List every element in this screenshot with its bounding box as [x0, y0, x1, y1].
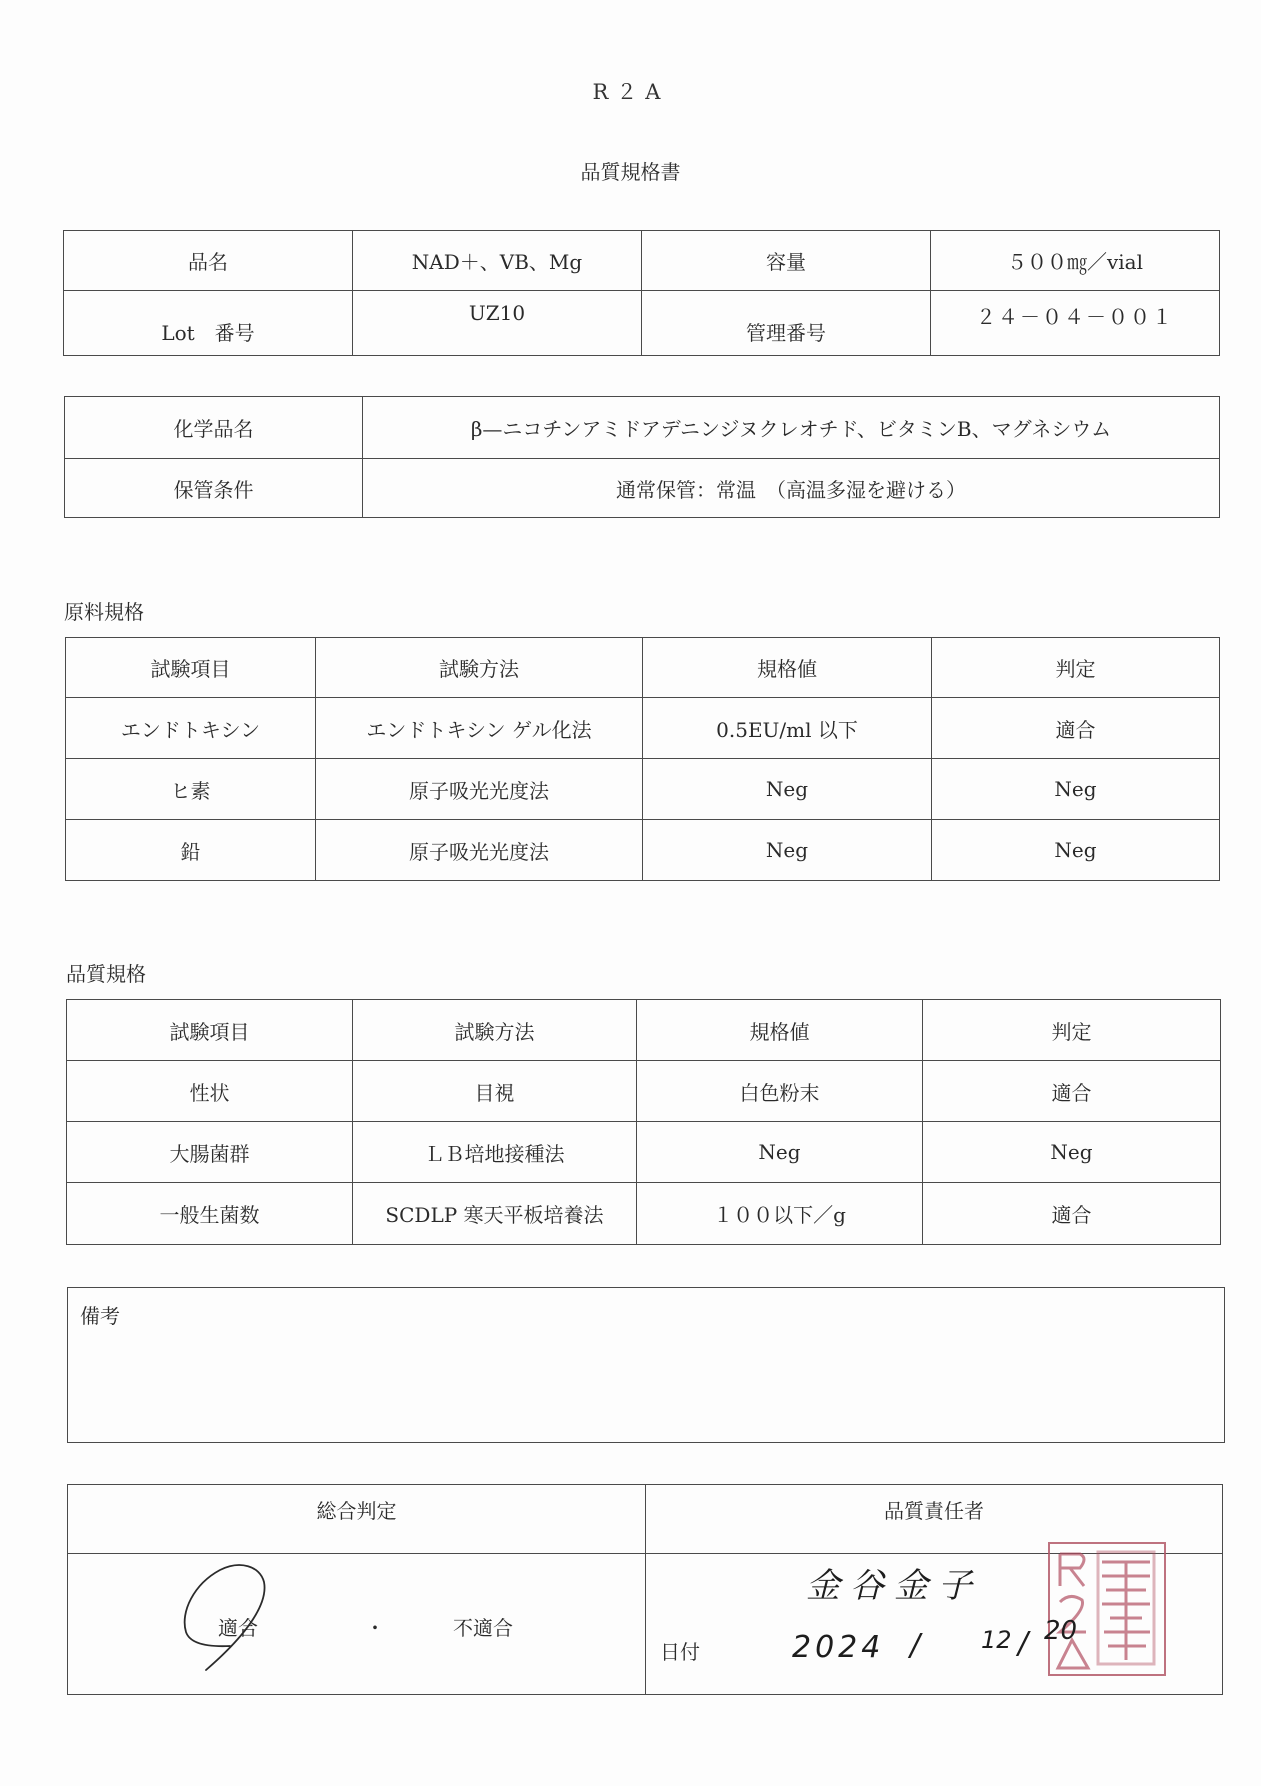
cell-test-method: 原子吸光光度法 [316, 759, 643, 820]
chemical-info-table: 化学品名 β—ニコチンアミドアデニンジヌクレオチド、ビタミンB、マグネシウム 保… [64, 396, 1220, 518]
raw-material-spec-heading: 原料規格 [64, 596, 144, 625]
chemical-name-row: 化学品名 β—ニコチンアミドアデニンジヌクレオチド、ビタミンB、マグネシウム [65, 397, 1220, 459]
cell-test-item: 性状 [67, 1061, 353, 1122]
remarks-label: 備考 [80, 1300, 120, 1329]
header-spec-value: 規格値 [643, 638, 932, 698]
table-row: エンドトキシン エンドトキシン ゲル化法 0.5EU/ml 以下 適合 [66, 698, 1220, 759]
date-label: 日付 [660, 1636, 700, 1665]
table-header-row: 試験項目 試験方法 規格値 判定 [66, 638, 1220, 698]
table-row: ヒ素 原子吸光光度法 Neg Neg [66, 759, 1220, 820]
date-day: 20 [1044, 1616, 1077, 1646]
control-number-label: 管理番号 [642, 291, 931, 356]
cell-test-item: 一般生菌数 [67, 1183, 353, 1245]
cell-test-method: ＬＢ培地接種法 [353, 1122, 637, 1183]
lot-value: UZ10 [353, 291, 642, 356]
lot-row: Lot 番号 UZ10 管理番号 ２４－０４－００１ [64, 291, 1220, 356]
date-separator-1: / [910, 1628, 920, 1663]
cell-spec-value: Neg [637, 1122, 923, 1183]
product-name-value: NAD＋、VB、Mg [353, 231, 642, 291]
header-spec-value: 規格値 [637, 1000, 923, 1061]
storage-value: 通常保管：常温 （高温多湿を避ける） [363, 459, 1220, 518]
cell-test-item: ヒ素 [66, 759, 316, 820]
table-row: 鉛 原子吸光光度法 Neg Neg [66, 820, 1220, 881]
header-test-method: 試験方法 [316, 638, 643, 698]
cell-judgement: 適合 [932, 698, 1220, 759]
header-test-item: 試験項目 [66, 638, 316, 698]
cell-test-item: エンドトキシン [66, 698, 316, 759]
document-title: 品質規格書 [0, 156, 1261, 185]
date-separator-2: / [1018, 1626, 1028, 1661]
table-header-row: 試験項目 試験方法 規格値 判定 [67, 1000, 1221, 1061]
raw-material-spec-table: 試験項目 試験方法 規格値 判定 エンドトキシン エンドトキシン ゲル化法 0.… [65, 637, 1220, 881]
header-test-item: 試験項目 [67, 1000, 353, 1061]
control-number-value: ２４－０４－００１ [931, 291, 1220, 356]
cell-judgement: 適合 [923, 1061, 1221, 1122]
cell-test-item: 大腸菌群 [67, 1122, 353, 1183]
quality-spec-heading: 品質規格 [66, 958, 146, 987]
judgement-body-row: 適合 ・ 不適合 金谷金子 日付 2024 / 12 / 20 [68, 1554, 1223, 1695]
cell-spec-value: Neg [643, 820, 932, 881]
cell-test-item: 鉛 [66, 820, 316, 881]
capacity-value: ５００㎎／vial [931, 231, 1220, 291]
table-row: 大腸菌群 ＬＢ培地接種法 Neg Neg [67, 1122, 1221, 1183]
date-year: 2024 [792, 1630, 884, 1665]
product-info-table: 品名 NAD＋、VB、Mg 容量 ５００㎎／vial Lot 番号 UZ10 管… [63, 230, 1220, 356]
header-test-method: 試験方法 [353, 1000, 637, 1061]
company-name: R２A [0, 76, 1261, 106]
overall-judgement-label: 総合判定 [68, 1485, 646, 1554]
judgement-table: 総合判定 品質責任者 適合 ・ 不適合 金谷金子 日付 2024 / 12 / … [67, 1484, 1223, 1695]
handwritten-signature: 金谷金子 [806, 1558, 982, 1607]
product-row: 品名 NAD＋、VB、Mg 容量 ５００㎎／vial [64, 231, 1220, 291]
seal-glyph-icon [1050, 1544, 1164, 1674]
signature-cell: 金谷金子 日付 2024 / 12 / 20 [646, 1554, 1223, 1695]
cell-spec-value: 白色粉末 [637, 1061, 923, 1122]
cell-spec-value: 0.5EU/ml 以下 [643, 698, 932, 759]
selection-circle-icon [168, 1558, 288, 1678]
cell-judgement: Neg [932, 820, 1220, 881]
cell-test-method: 目視 [353, 1061, 637, 1122]
chemical-name-label: 化学品名 [65, 397, 363, 459]
cell-spec-value: Neg [643, 759, 932, 820]
product-name-label: 品名 [64, 231, 353, 291]
storage-row: 保管条件 通常保管：常温 （高温多湿を避ける） [65, 459, 1220, 518]
lot-label: Lot 番号 [64, 291, 353, 356]
company-seal-stamp [1048, 1542, 1166, 1676]
cell-spec-value: １００以下／g [637, 1183, 923, 1245]
storage-label: 保管条件 [65, 459, 363, 518]
capacity-label: 容量 [642, 231, 931, 291]
cell-judgement: Neg [932, 759, 1220, 820]
header-judgement: 判定 [923, 1000, 1221, 1061]
option-separator: ・ [365, 1612, 385, 1641]
table-row: 性状 目視 白色粉末 適合 [67, 1061, 1221, 1122]
fail-option: 不適合 [453, 1612, 513, 1641]
cell-judgement: 適合 [923, 1183, 1221, 1245]
cell-test-method: 原子吸光光度法 [316, 820, 643, 881]
date-month: 12 [981, 1626, 1012, 1654]
remarks-box: 備考 [67, 1287, 1225, 1443]
cell-test-method: エンドトキシン ゲル化法 [316, 698, 643, 759]
quality-spec-table: 試験項目 試験方法 規格値 判定 性状 目視 白色粉末 適合 大腸菌群 ＬＢ培地… [66, 999, 1221, 1245]
verdict-cell: 適合 ・ 不適合 [68, 1554, 646, 1695]
cell-test-method: SCDLP 寒天平板培養法 [353, 1183, 637, 1245]
header-judgement: 判定 [932, 638, 1220, 698]
cell-judgement: Neg [923, 1122, 1221, 1183]
table-row: 一般生菌数 SCDLP 寒天平板培養法 １００以下／g 適合 [67, 1183, 1221, 1245]
chemical-name-value: β—ニコチンアミドアデニンジヌクレオチド、ビタミンB、マグネシウム [363, 397, 1220, 459]
